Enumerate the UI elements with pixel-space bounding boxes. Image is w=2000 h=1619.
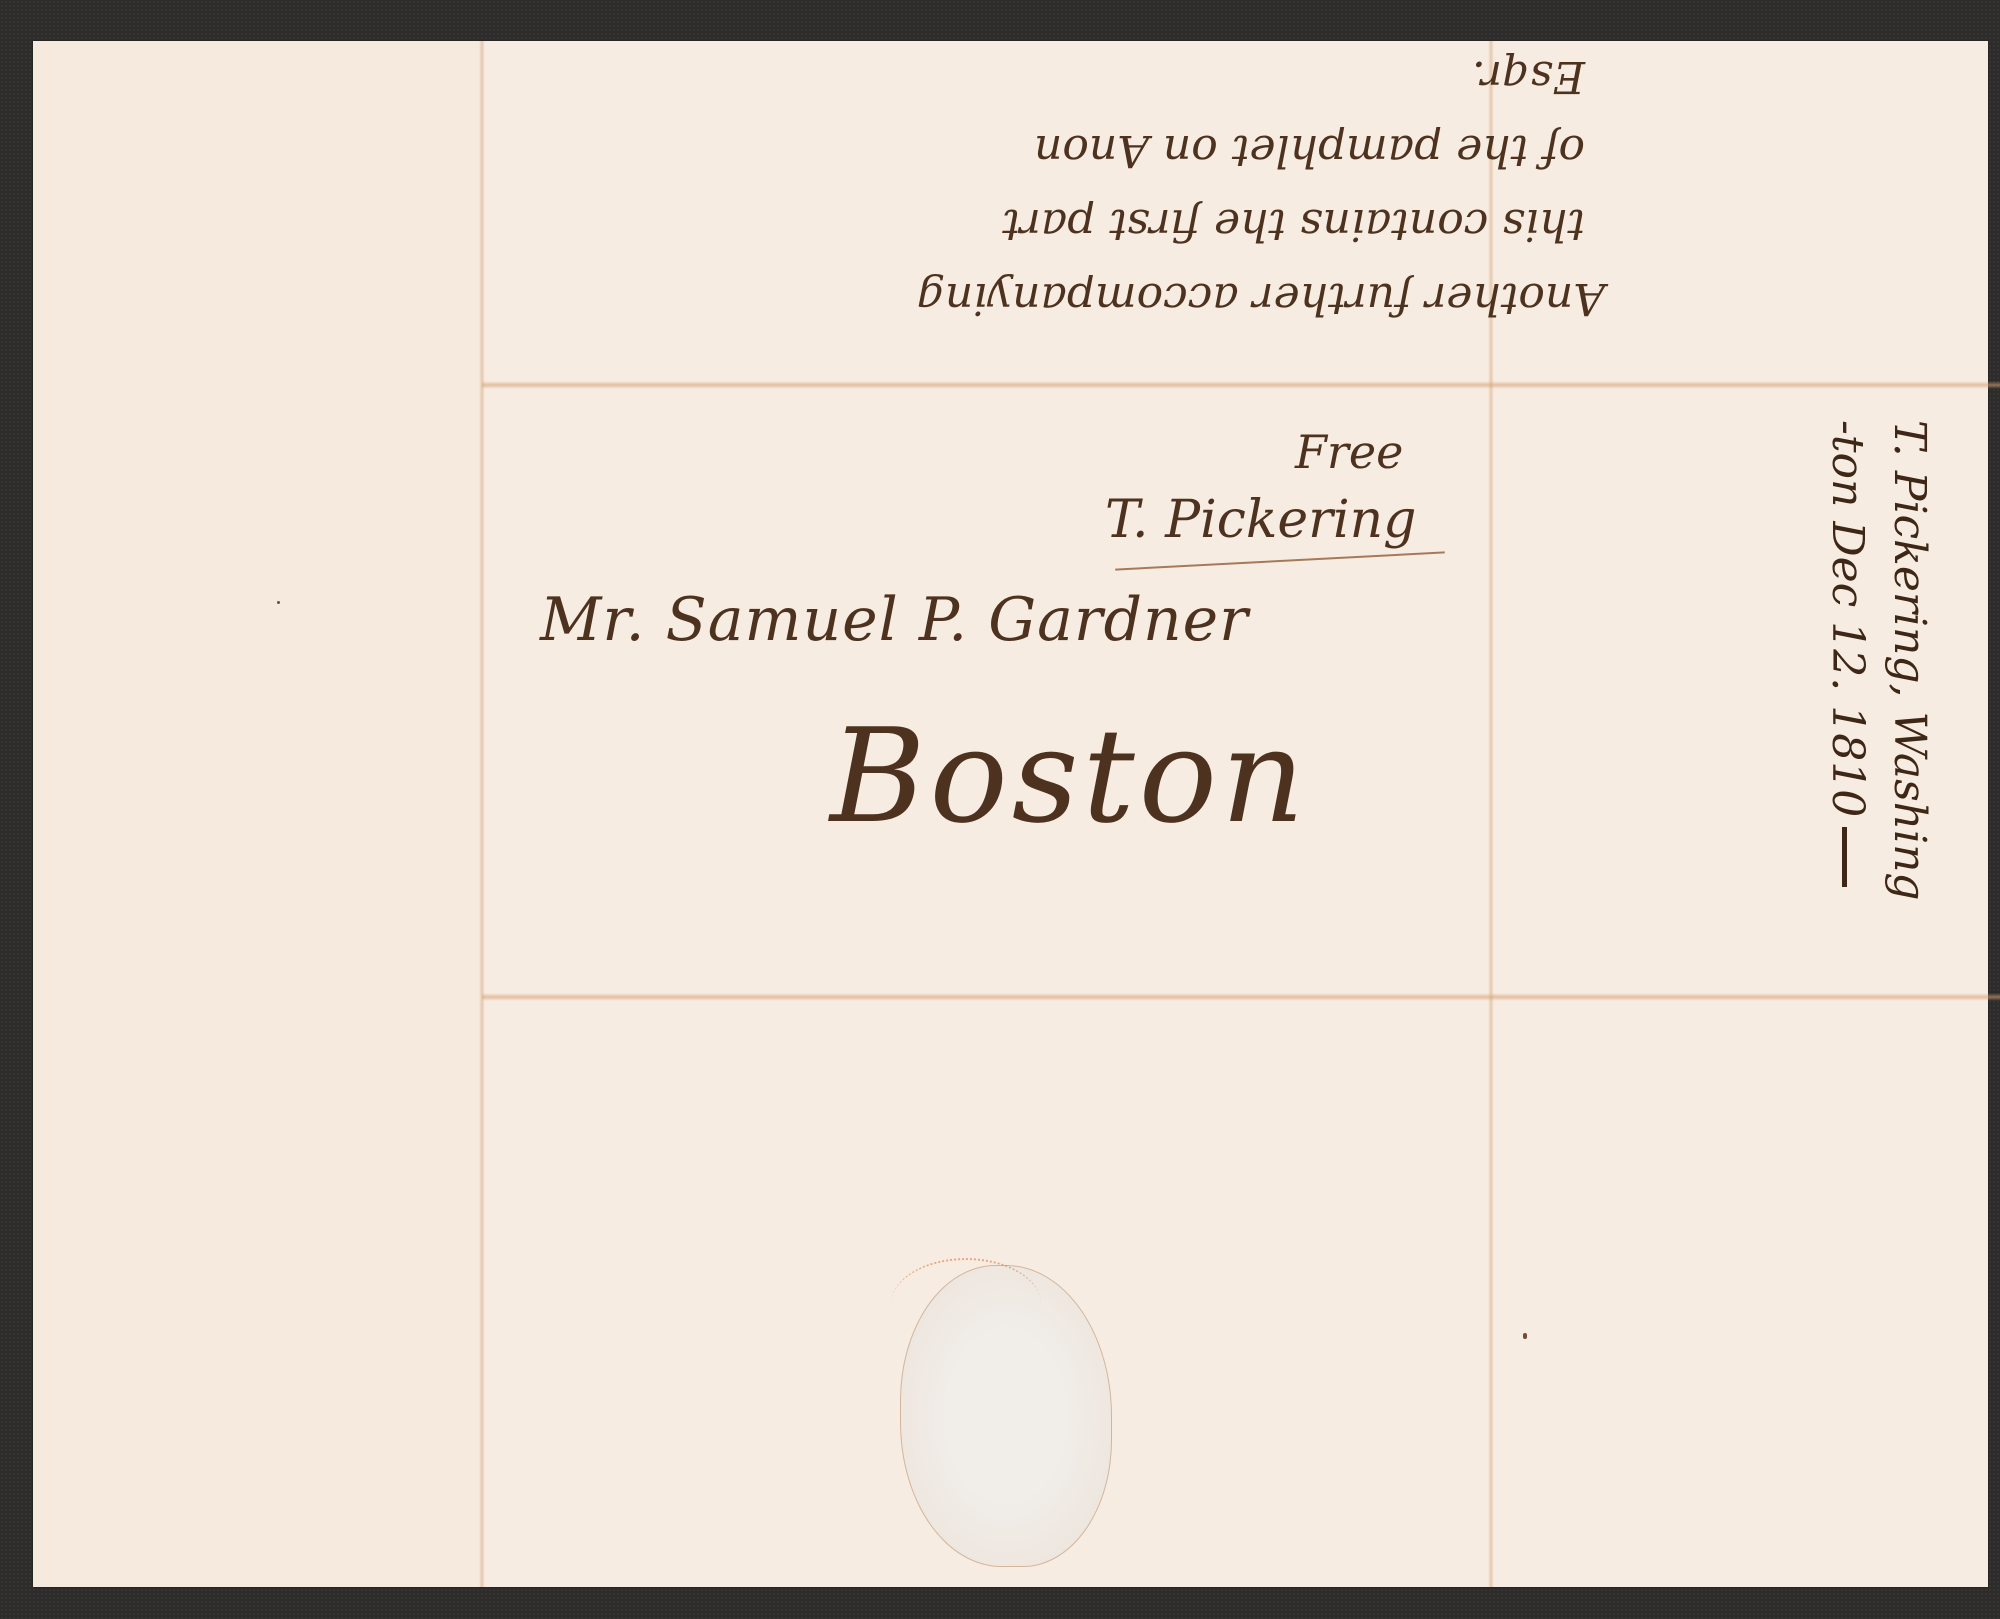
recipient-name: Mr. Samuel P. Gardner	[540, 585, 1249, 655]
docket-line-1: T. Pickering, Washing	[1878, 420, 1940, 980]
inverted-note-line: this contains the first part	[545, 187, 1605, 261]
docket-note: T. Pickering, Washing -ton Dec 12. 1810	[1790, 420, 1940, 980]
inverted-note-line: of the pamphlet on Anon	[545, 113, 1605, 187]
fold-line-vertical-left	[479, 41, 485, 1587]
ink-speck	[1523, 1333, 1527, 1339]
frank-free: Free	[1295, 425, 1403, 479]
fold-line-horizontal-top	[482, 381, 2000, 389]
inverted-note-line: Another further accompanying	[545, 261, 1605, 335]
left-panel	[33, 41, 482, 1587]
recipient-city: Boston	[830, 700, 1309, 852]
docket-date: -ton Dec 12. 1810	[1822, 420, 1873, 817]
inverted-note-line: Esqr.	[545, 39, 1605, 113]
inverted-note: Another further accompanying this contai…	[545, 95, 1605, 335]
frank-signature: T. Pickering	[1105, 490, 1416, 550]
wax-seal-remnant	[900, 1265, 1112, 1567]
speck	[277, 601, 280, 604]
fold-line-horizontal-bottom	[482, 993, 2000, 1001]
docket-line-2: -ton Dec 12. 1810	[1816, 420, 1878, 980]
docket-dash	[1842, 827, 1847, 887]
